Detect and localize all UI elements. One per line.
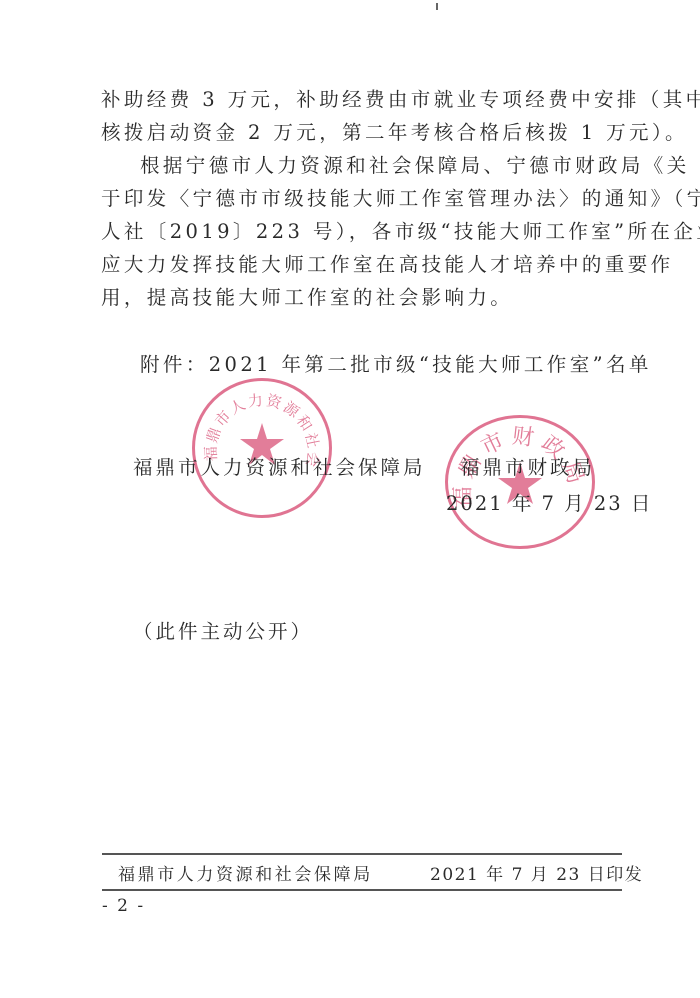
- seal-star-icon: 福鼎市人力资源和社会保障局: [195, 381, 329, 515]
- body-line-6: 应大力发挥技能大师工作室在高技能人才培养中的重要作: [101, 252, 674, 278]
- footer-top-rule: [102, 853, 622, 855]
- footer-issuer: 福鼎市人力资源和社会保障局: [118, 862, 373, 888]
- attachment-line: 附件：2021 年第二批市级“技能大师工作室”名单: [140, 352, 652, 378]
- document-page: 补助经费 3 万元，补助经费由市就业专项经费中安排（其中 核拨启动资金 2 万元…: [0, 0, 700, 998]
- body-line-3: 根据宁德市人力资源和社会保障局、宁德市财政局《关: [140, 153, 690, 179]
- signature-right-org: 福鼎市财政局: [460, 455, 595, 481]
- official-seal-left: 福鼎市人力资源和社会保障局: [192, 378, 332, 518]
- disclosure-note: （此件主动公开）: [133, 619, 313, 645]
- seal-star-icon: 福鼎市财政局: [448, 418, 592, 546]
- signature-date: 2021 年 7 月 23 日: [446, 491, 652, 517]
- footer-bottom-rule: [102, 889, 622, 891]
- footer-issue-date: 2021 年 7 月 23 日印发: [430, 862, 643, 888]
- signature-left-org: 福鼎市人力资源和社会保障局: [133, 455, 426, 481]
- body-line-7: 用，提高技能大师工作室的社会影响力。: [101, 285, 513, 311]
- body-line-1: 补助经费 3 万元，补助经费由市就业专项经费中安排（其中: [101, 87, 700, 113]
- page-number: - 2 -: [102, 893, 145, 919]
- body-line-4: 于印发〈宁德市市级技能大师工作室管理办法〉的通知》（宁: [101, 186, 700, 212]
- official-seal-right: 福鼎市财政局: [445, 415, 595, 549]
- body-line-2: 核拨启动资金 2 万元，第二年考核合格后核拨 1 万元）。: [101, 120, 688, 146]
- scan-speck: [436, 3, 438, 10]
- body-line-5: 人社〔2019〕223 号），各市级“技能大师工作室”所在企业: [101, 219, 700, 245]
